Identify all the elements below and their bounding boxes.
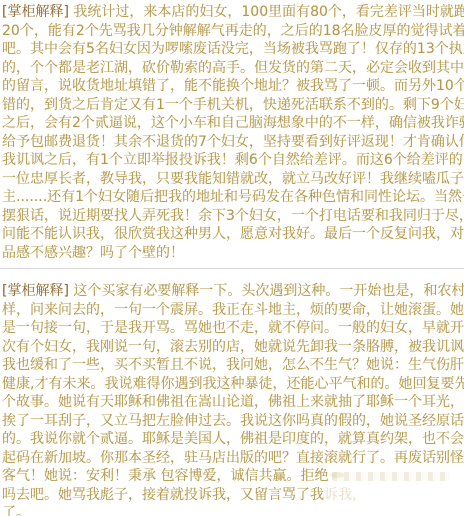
text-line: 摆狠话，说近期要找人弄死我！余下3个妇女，一个打电话要和我同归于尽，一个则: [2, 207, 464, 226]
erased-text-smudge: [330, 472, 344, 478]
text-line: 是一句接一句，于是我开骂。骂她也不走，就不停问。一般的妇女，早就开骂了，上: [2, 319, 464, 338]
explanation-header: [掌柜解释]: [2, 283, 69, 299]
text-page: [掌柜解释] 我统计过，来本店的妇女，100里面有80个，看完差评当时就跑了。剩…: [0, 0, 464, 516]
text-line: 挨了一耳刮子，又立马把左脸伸过去。我说这你吗真的假的，她说圣经原话就这么写: [2, 412, 464, 431]
text-line: 健康,才有未来。我说难得你遇到我这种暴徒，还能心平气和的。她回复要先给我讲一: [2, 375, 464, 394]
text-line: 错的，到货之后肯定又有1一个手机关机，快递死活联系不到的。剩下9个妇女收到货: [2, 96, 464, 115]
text-line: 的留言，说收货地址填错了，能不能换个地址？被我骂了一顿。而另外10个地址没留: [2, 77, 464, 96]
text-line: 了。: [2, 504, 464, 516]
text-line: 20个，能有2个先骂我几分钟解解气再走的，之后的18名脸皮厚的觉得试着买买看: [2, 22, 464, 41]
text-line: [掌柜解释] 这个买家有必要解释一下。头次遇到这种。一开始也是，和农村妇女一: [2, 282, 464, 301]
text-line: 我讥讽之后，有1个立即举报投诉我！剩6个自然给差评。而这6个给差评的，会出现: [2, 151, 464, 170]
text-line: 给予包邮费退货！其余不退货的7个妇女，坚持要看到好评返现！才肯确认付款，被: [2, 133, 464, 152]
text-line: 客气！她说：安利！秉承 包容博爱，诚信共赢。拒绝: [2, 467, 464, 486]
text-line: 次有个妇女，我刚说一句，滚去别的店，她就说先卸我一条胳膊，被我讥讽了。后来: [2, 338, 464, 357]
erased-text-smudge: [332, 472, 450, 481]
text-line: 之后，会有2个贰逼说，这个小车和自己脑海想象中的不一样，确信被我诈骗！必须: [2, 114, 464, 133]
section-divider: [0, 268, 464, 269]
text-line-content: 这个买家有必要解释一下。头次遇到这种。一开始也是，和农村妇女一: [69, 283, 464, 299]
text-line: 一位忠厚长者，教导我，只要我能知错就改，就立马改好评！我继续嗑瓜子，斗地: [2, 170, 464, 189]
text-line: 吧。其中会有5名妇女因为啰嗦废话没完，当场被我骂跑了！仅存的13个执意要买: [2, 40, 464, 59]
faded-text: 诉我，: [324, 487, 366, 503]
text-line: [掌柜解释] 我统计过，来本店的妇女，100里面有80个，看完差评当时就跑了。剩…: [2, 3, 464, 22]
text-line-content: 吗去吧。她骂我彪子，接着就投诉我，又留言骂了我: [2, 487, 324, 503]
text-line: 主.......还有1个妇女随后把我的地址和号码发在各种色情和同性论坛。当然也会…: [2, 188, 464, 207]
text-line-content: 客气！她说：安利！秉承 包容博爱，诚信共赢。拒绝: [2, 468, 328, 484]
shopkeeper-explanation-1: [掌柜解释] 我统计过，来本店的妇女，100里面有80个，看完差评当时就跑了。剩…: [0, 0, 464, 262]
text-line: 的。我说你就个贰逼。耶稣是美国人，佛祖是印度的，就算真约架，也不会去河南。: [2, 430, 464, 449]
text-line: 问能不能认识我，很欣赏我这种男人，愿意对我好。最后一个反复问我，对安利保健: [2, 225, 464, 244]
explanation-header: [掌柜解释]: [2, 4, 69, 20]
text-line-content: 我统计过，来本店的妇女，100里面有80个，看完差评当时就跑了。剩下: [69, 4, 464, 20]
text-line: 样，问来问去的，一句一个震屏。我正在斗地主，烦的要命，让她滚蛋。她不滚，还: [2, 301, 464, 320]
shopkeeper-explanation-2: [掌柜解释] 这个买家有必要解释一下。头次遇到这种。一开始也是，和农村妇女一 样…: [0, 282, 464, 516]
text-line: 个故事。她说有天耶稣和佛祖在嵩山论道，佛祖上来就抽了耶稣一个耳光，耶稣右脸: [2, 393, 464, 412]
text-line: 起码在新加坡。你那本圣经，驻马店出版的吧？直接滚就行了。再废话别怪我火大不: [2, 449, 464, 468]
text-line: 的，个个都是老江湖，砍价勒索的高手。但发货的第二天，必定会收到其中3个妇女: [2, 59, 464, 78]
text-line: 吗去吧。她骂我彪子，接着就投诉我，又留言骂了我诉我，: [2, 486, 464, 505]
text-line: 我也缓和了一些，买不买暂且不说，我问她，怎么不生气？她说：生气伤肝伤身。有: [2, 356, 464, 375]
text-line: 品感不感兴趣？吗了个壁的！: [2, 244, 464, 263]
